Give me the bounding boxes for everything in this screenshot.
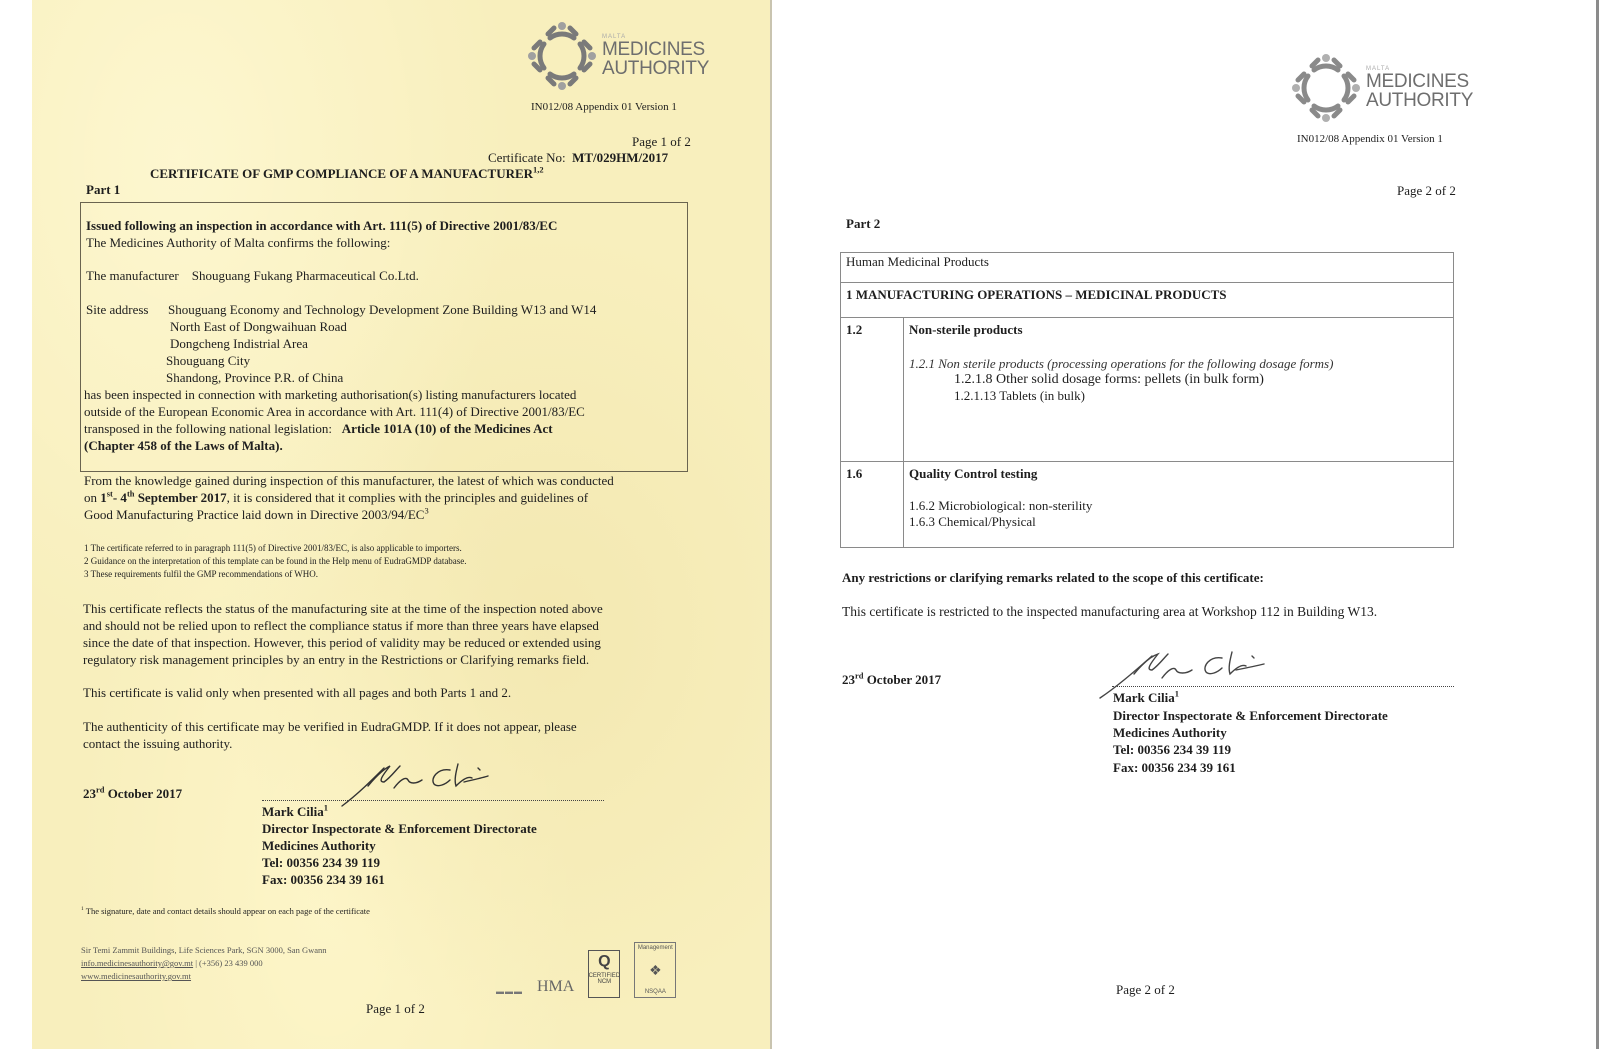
knowledge-footnote-marker: 3	[424, 506, 428, 516]
signature-footnote: 1 The signature, date and contact detail…	[81, 906, 370, 916]
hma-logo: HMA	[537, 978, 574, 996]
inspection-end-day: - 4	[113, 490, 127, 505]
form-reference: IN012/08 Appendix 01 Version 1	[531, 101, 677, 113]
signatory-title-page-2: Director Inspectorate & Enforcement Dire…	[1113, 708, 1388, 724]
site-address-line-4: Shouguang City	[166, 353, 250, 369]
signatory-name-page-2: Mark Cilia1	[1113, 690, 1179, 706]
medicines-authority-logo: MALTA MEDICINES AUTHORITY	[526, 20, 709, 92]
certificate-number: Certificate No: MT/029HM/2017	[488, 150, 668, 166]
medicines-authority-logo-page-2: MALTA MEDICINES AUTHORITY	[1290, 52, 1473, 124]
row-number: 1.2	[841, 318, 904, 462]
row-content: Quality Control testing 1.6.2 Microbiolo…	[904, 462, 1454, 548]
logo-line2: AUTHORITY	[602, 59, 709, 78]
issue-date-suffix: rd	[96, 785, 104, 795]
inspected-line-2: outside of the European Economic Area in…	[84, 404, 585, 420]
inspection-month-year: September 2017	[138, 490, 227, 505]
signatory-tel: Tel: 00356 234 39 119	[262, 855, 380, 871]
site-address-label: Site address	[86, 302, 148, 318]
logo-line1: MEDICINES	[602, 40, 709, 59]
issue-date-day: 23	[842, 672, 855, 687]
manufacturing-operations-cell: 1 MANUFACTURING OPERATIONS – MEDICINAL P…	[841, 283, 1454, 318]
quality-certified-logo-icon: QCERTIFIEDNCM	[588, 950, 620, 998]
row-subtitle: 1.2.1 Non sterile products (processing o…	[909, 356, 1448, 372]
knowledge-on: on	[84, 490, 97, 505]
authenticity-line-1: The authenticity of this certificate may…	[83, 719, 577, 735]
signatory-footnote-marker: 1	[324, 803, 328, 813]
signatory-org-page-2: Medicines Authority	[1113, 725, 1227, 741]
issue-date-suffix: rd	[855, 671, 863, 681]
viewer-scroll-edge	[1596, 0, 1599, 1049]
issued-line: Issued following an inspection in accord…	[86, 218, 557, 234]
table-row: 1.6 Quality Control testing 1.6.2 Microb…	[841, 462, 1454, 548]
ema-logo-icon: ▬▬▬	[496, 987, 523, 996]
certificate-title-text: CERTIFICATE OF GMP COMPLIANCE OF A MANUF…	[150, 166, 533, 181]
signatory-fax: Fax: 00356 234 39 161	[262, 872, 385, 888]
validity-line-2: and should not be relied upon to reflect…	[83, 618, 599, 634]
footnote-1: 1 The certificate referred to in paragra…	[84, 543, 462, 553]
validity-line-3: since the date of that inspection. Howev…	[83, 635, 601, 651]
issue-date-day: 23	[83, 786, 96, 801]
human-medicinal-products-cell: Human Medicinal Products	[841, 253, 1454, 283]
site-address-line-2: North East of Dongwaihuan Road	[170, 319, 347, 335]
footer-email-link[interactable]: info.medicinesauthority@gov.mt	[81, 958, 193, 968]
row-content: Non-sterile products 1.2.1 Non sterile p…	[904, 318, 1454, 462]
manufacturer-label: The manufacturer	[86, 268, 179, 283]
row-number: 1.6	[841, 462, 904, 548]
logo-line1: MEDICINES	[1366, 72, 1473, 91]
knowledge-line-3-text: Good Manufacturing Practice laid down in…	[84, 507, 424, 522]
issue-date-page-2: 23rd October 2017	[842, 672, 941, 688]
site-address-line-3: Dongcheng Indistrial Area	[170, 336, 308, 352]
site-address-line-5: Shandong, Province P.R. of China	[166, 370, 343, 386]
issue-date-month-year: October 2017	[867, 672, 942, 687]
knowledge-line-1: From the knowledge gained during inspect…	[84, 473, 614, 489]
footer-address: Sir Temi Zammit Buildings, Life Sciences…	[81, 945, 327, 955]
manufacturing-operations-table: Human Medicinal Products 1 MANUFACTURING…	[840, 252, 1454, 548]
part-1-label: Part 1	[86, 182, 120, 198]
signature-footnote-marker: 1	[81, 906, 84, 912]
page-number-page-2: Page 2 of 2	[1397, 183, 1456, 199]
signatory-fax-page-2: Fax: 00356 234 39 161	[1113, 760, 1236, 776]
legislation-chapter: (Chapter 458 of the Laws of Malta).	[84, 438, 283, 454]
signatory-org: Medicines Authority	[262, 838, 376, 854]
footer-logos: ▬▬▬ HMA QCERTIFIEDNCM Management❖NSQAA	[496, 942, 676, 998]
bottom-page-number-page-2: Page 2 of 2	[1116, 982, 1175, 998]
footer-website-link[interactable]: www.medicinesauthority.gov.mt	[81, 971, 191, 981]
bottom-page-number: Page 1 of 2	[366, 1001, 425, 1017]
restrictions-heading: Any restrictions or clarifying remarks r…	[842, 570, 1264, 586]
legislation-article: Article 101A (10) of the Medicines Act	[342, 421, 553, 436]
sun-ring-logo-icon	[1290, 52, 1362, 124]
inspected-line-1: has been inspected in connection with ma…	[84, 387, 576, 403]
nsqaa-logo-icon: Management❖NSQAA	[634, 942, 676, 998]
footnote-3: 3 These requirements fulfil the GMP reco…	[84, 569, 318, 579]
certificate-number-value: MT/029HM/2017	[572, 150, 668, 165]
page-number: Page 1 of 2	[632, 134, 691, 150]
row-item: 1.2.1.8 Other solid dosage forms: pellet…	[909, 372, 1448, 388]
issue-date-month-year: October 2017	[108, 786, 183, 801]
footnote-2: 2 Guidance on the interpretation of this…	[84, 556, 467, 566]
restrictions-text: This certificate is restricted to the in…	[842, 604, 1377, 620]
authenticity-line-2: contact the issuing authority.	[83, 736, 232, 752]
inspection-end-suffix: th	[127, 489, 135, 499]
issue-date: 23rd October 2017	[83, 786, 182, 802]
signatory-name: Mark Cilia1	[262, 804, 328, 820]
row-item: 1.6.3 Chemical/Physical	[909, 514, 1448, 530]
table-section-row: 1 MANUFACTURING OPERATIONS – MEDICINAL P…	[841, 283, 1454, 318]
signature-footnote-text: The signature, date and contact details …	[86, 906, 370, 916]
confirms-line: The Medicines Authority of Malta confirm…	[86, 235, 390, 251]
manufacturer-name: Shouguang Fukang Pharmaceutical Co.Ltd.	[192, 268, 419, 283]
knowledge-line-3: Good Manufacturing Practice laid down in…	[84, 507, 429, 523]
row-title: Non-sterile products	[909, 322, 1448, 338]
certificate-number-label: Certificate No:	[488, 150, 566, 165]
validity-line-4: regulatory risk management principles by…	[83, 652, 589, 668]
signatory-title: Director Inspectorate & Enforcement Dire…	[262, 821, 537, 837]
legislation-line: transposed in the following national leg…	[84, 421, 553, 437]
signatory-footnote-marker: 1	[1175, 689, 1179, 699]
signatory-tel-page-2: Tel: 00356 234 39 119	[1113, 742, 1231, 758]
title-footnote-marker: 1,2	[533, 165, 544, 175]
legislation-prefix: transposed in the following national leg…	[84, 421, 332, 436]
signatory-name-text: Mark Cilia	[262, 804, 324, 819]
table-header-row: Human Medicinal Products	[841, 253, 1454, 283]
logo-line2: AUTHORITY	[1366, 91, 1473, 110]
knowledge-line-2-rest: , it is considered that it complies with…	[227, 490, 588, 505]
signature-line	[262, 800, 604, 801]
site-address-line-1: Shouguang Economy and Technology Develop…	[168, 302, 596, 318]
row-title: Quality Control testing	[909, 466, 1448, 482]
row-item: 1.6.2 Microbiological: non-sterility	[909, 498, 1448, 514]
knowledge-line-2: on 1st- 4th September 2017, it is consid…	[84, 490, 588, 506]
sun-ring-logo-icon	[526, 20, 598, 92]
table-row: 1.2 Non-sterile products 1.2.1 Non steri…	[841, 318, 1454, 462]
form-reference-page-2: IN012/08 Appendix 01 Version 1	[1297, 133, 1443, 145]
certificate-title: CERTIFICATE OF GMP COMPLIANCE OF A MANUF…	[150, 166, 544, 182]
signatory-name-text: Mark Cilia	[1113, 690, 1175, 705]
validity-line-1: This certificate reflects the status of …	[83, 601, 603, 617]
footer-phone: | (+356) 23 439 000	[195, 958, 262, 968]
manufacturer-row: The manufacturer Shouguang Fukang Pharma…	[86, 268, 419, 284]
part-2-label: Part 2	[846, 216, 880, 232]
signature-line-page-2	[1112, 686, 1454, 687]
footer-contact: info.medicinesauthority@gov.mt | (+356) …	[81, 958, 263, 968]
row-item: 1.2.1.13 Tablets (in bulk)	[909, 388, 1448, 404]
valid-only-line: This certificate is valid only when pres…	[83, 685, 511, 701]
